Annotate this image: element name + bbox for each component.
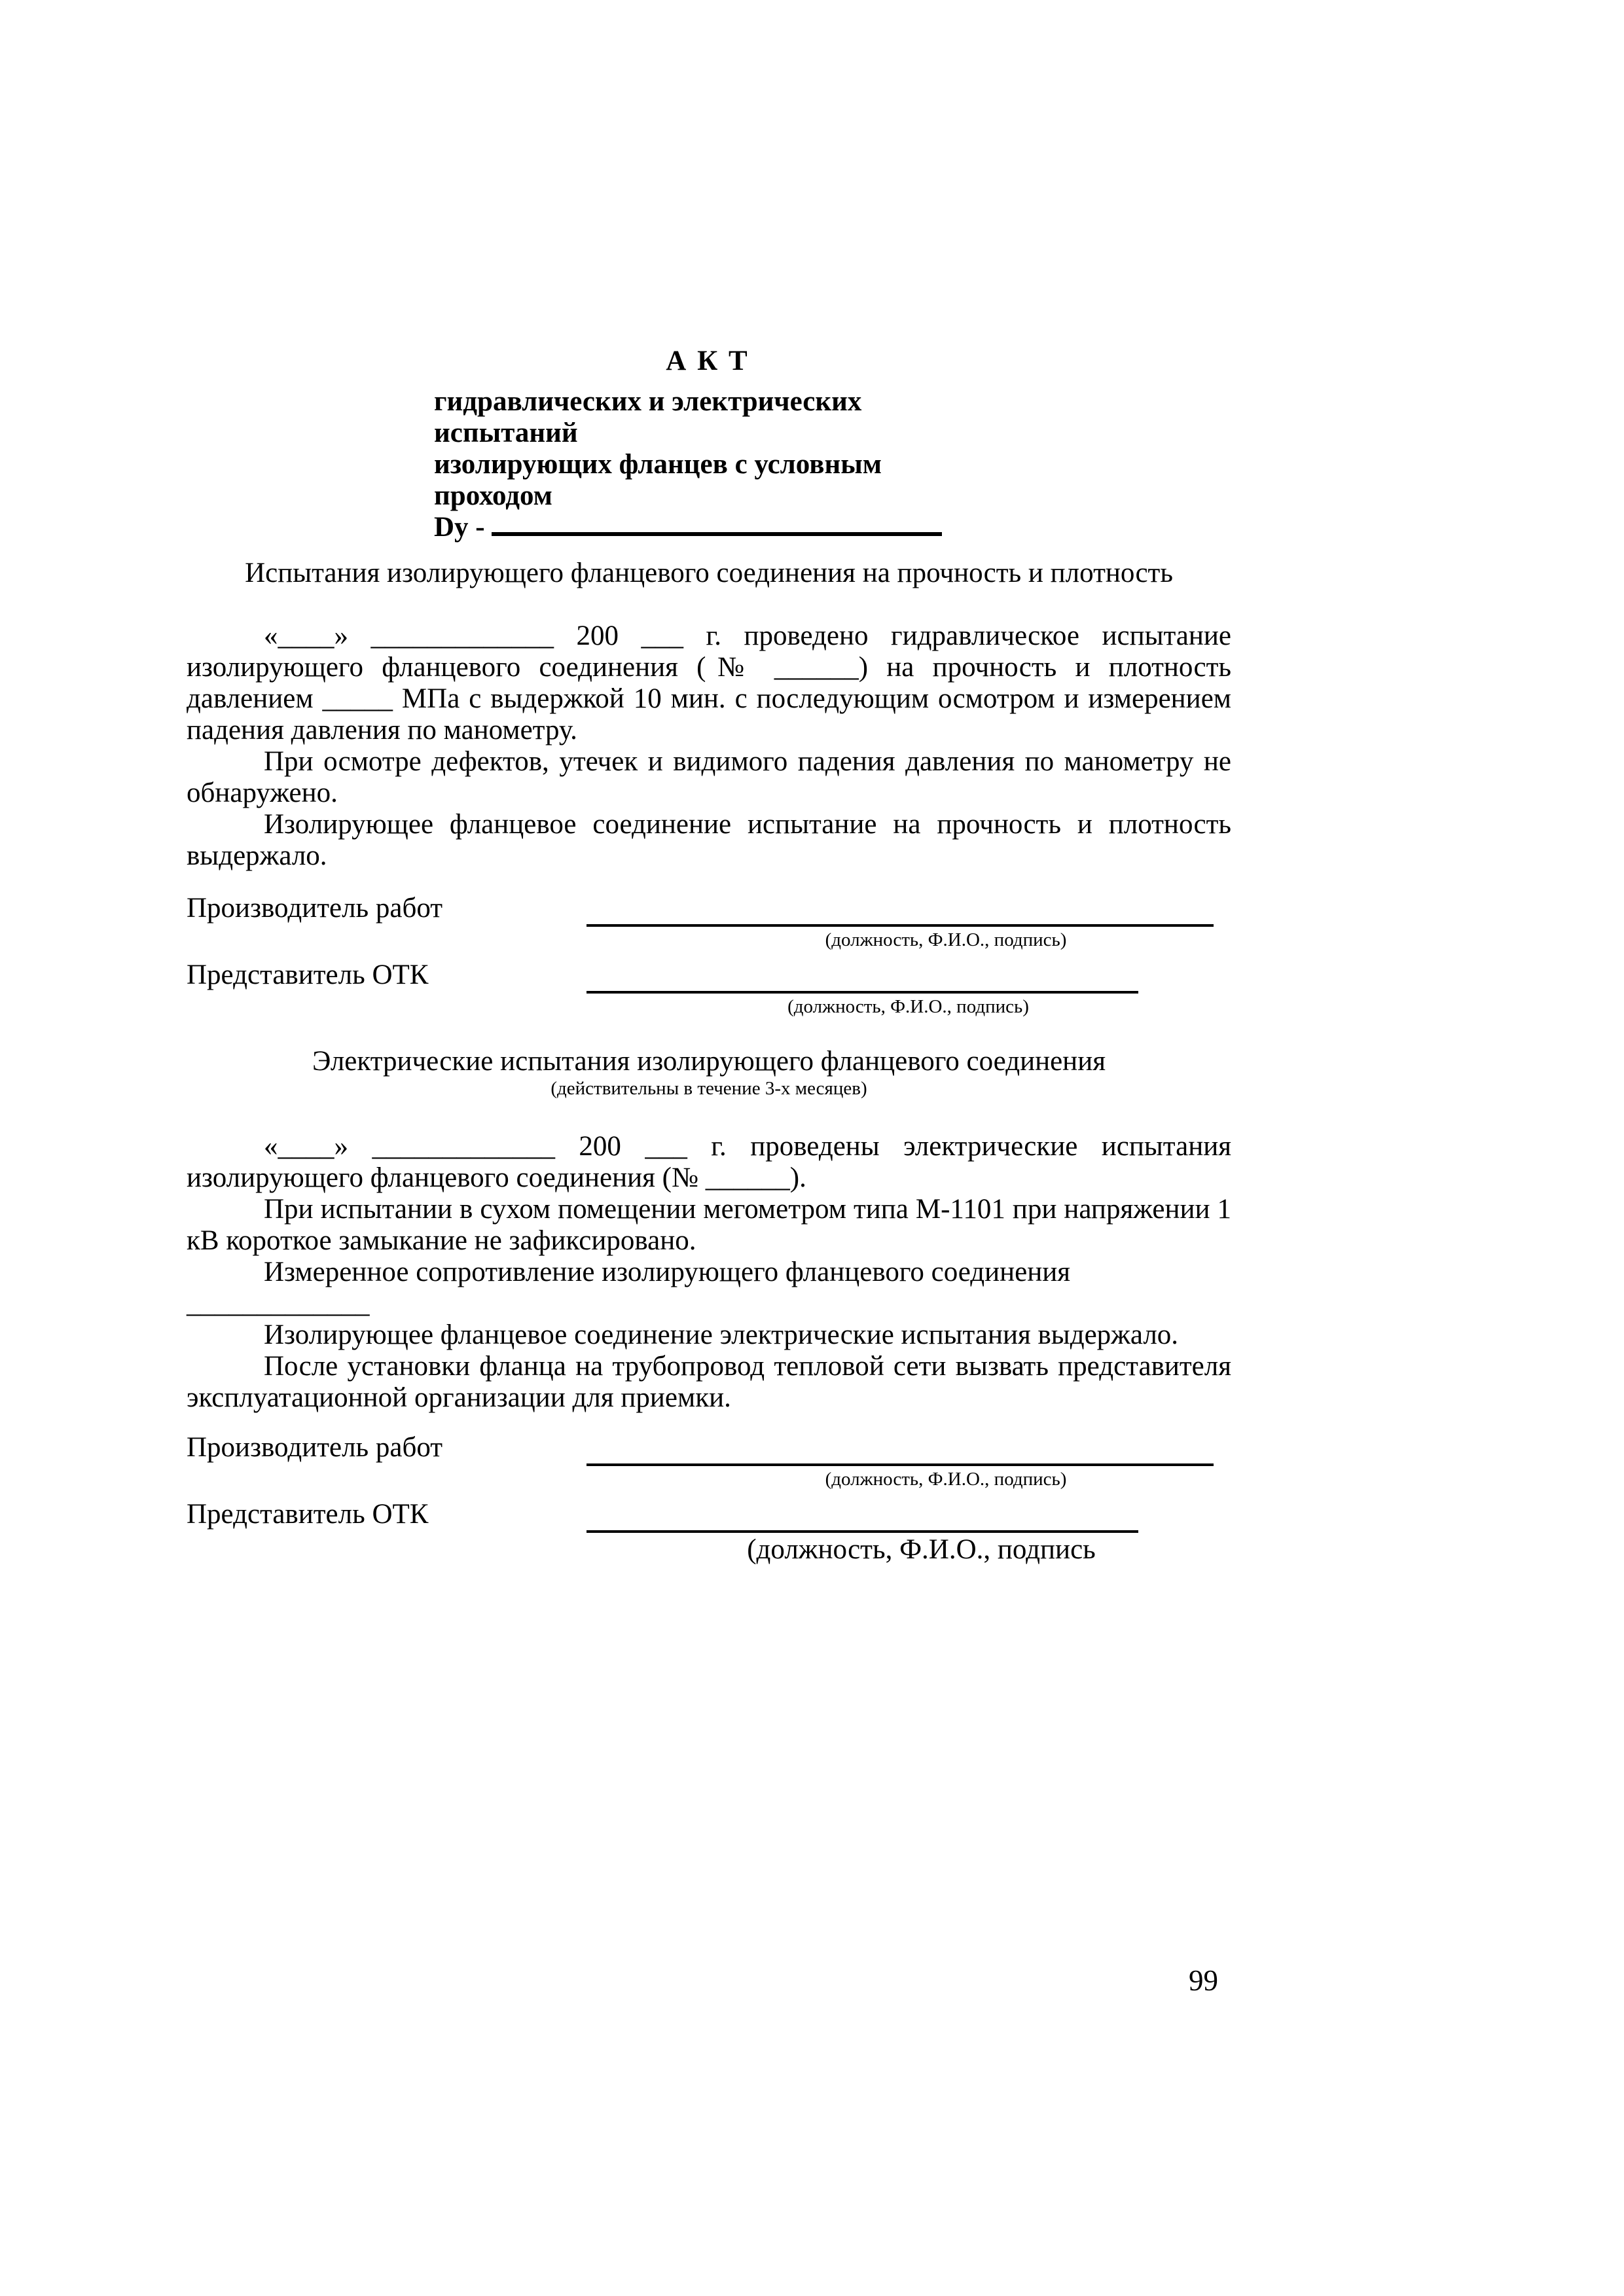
paragraph-electric-date: «____» _____________ 200 ___ г. проведен…	[187, 1131, 1231, 1194]
signature-field: (должность, Ф.И.О., подпись)	[586, 960, 1138, 1020]
title-subtitle-line1: гидравлических и электрических испытаний	[434, 386, 981, 449]
signature-field: (должность, Ф.И.О., подпись)	[586, 1432, 1214, 1492]
signature-field: (должность, Ф.И.О., подпись)	[586, 893, 1214, 953]
signature-label-otk: Представитель ОТК	[187, 1499, 586, 1530]
dy-blank-line	[492, 514, 942, 536]
section2-heading: Электрические испытания изолирующего фла…	[187, 1046, 1231, 1077]
signature-label-producer: Производитель работ	[187, 1432, 586, 1463]
act-title: А К Т	[434, 346, 981, 377]
paragraph-strength-result: Изолирующее фланцевое соединение испытан…	[187, 809, 1231, 872]
signature-row: Представитель ОТК (должность, Ф.И.О., по…	[187, 1499, 1231, 1567]
paragraph-electric-result: Изолирующее фланцевое соединение электри…	[187, 1319, 1231, 1351]
signature-row: Представитель ОТК (должность, Ф.И.О., по…	[187, 960, 1231, 1020]
document-title-block: А К Т гидравлических и электрических исп…	[434, 346, 981, 543]
signature-blank-line	[586, 960, 1138, 994]
dy-field-label: Dy -	[434, 512, 492, 543]
page-number: 99	[1189, 1965, 1218, 1996]
paragraph-hydraulic-date: «____» _____________ 200 ___ г. проведен…	[187, 620, 1231, 746]
signature-blank-line	[586, 893, 1214, 927]
signature-caption: (должность, Ф.И.О., подпись)	[586, 927, 1214, 953]
signature-label-producer: Производитель работ	[187, 893, 586, 924]
section1-heading: Испытания изолирующего фланцевого соедин…	[187, 558, 1231, 589]
signature-blank-line	[586, 1432, 1214, 1466]
title-subtitle-line2: изолирующих фланцев с условным проходом	[434, 449, 981, 512]
signature-block-1: Производитель работ (должность, Ф.И.О., …	[187, 893, 1231, 1020]
signature-caption: (должность, Ф.И.О., подпись)	[586, 1466, 1214, 1492]
signature-label-otk: Представитель ОТК	[187, 960, 586, 991]
paragraph-megometer: При испытании в сухом помещении мегометр…	[187, 1194, 1231, 1257]
section2-subheading: (действительны в течение 3-х месяцев)	[187, 1077, 1231, 1100]
paragraph-inspection-result: При осмотре дефектов, утечек и видимого …	[187, 746, 1231, 809]
dy-field-row: Dy -	[434, 512, 981, 543]
signature-row: Производитель работ (должность, Ф.И.О., …	[187, 1432, 1231, 1492]
signature-block-2: Производитель работ (должность, Ф.И.О., …	[187, 1432, 1231, 1567]
paragraph-resistance: Измеренное сопротивление изолирующего фл…	[187, 1257, 1231, 1319]
signature-field: (должность, Ф.И.О., подпись	[586, 1499, 1138, 1567]
signature-caption: (должность, Ф.И.О., подпись)	[586, 994, 1138, 1020]
signature-caption: (должность, Ф.И.О., подпись	[586, 1533, 1138, 1567]
document-page: А К Т гидравлических и электрических исп…	[0, 0, 1624, 2296]
paragraph-after-install: После установки фланца на трубопровод те…	[187, 1351, 1231, 1414]
document-content: А К Т гидравлических и электрических исп…	[187, 346, 1231, 1573]
signature-blank-line	[586, 1499, 1138, 1533]
signature-row: Производитель работ (должность, Ф.И.О., …	[187, 893, 1231, 953]
